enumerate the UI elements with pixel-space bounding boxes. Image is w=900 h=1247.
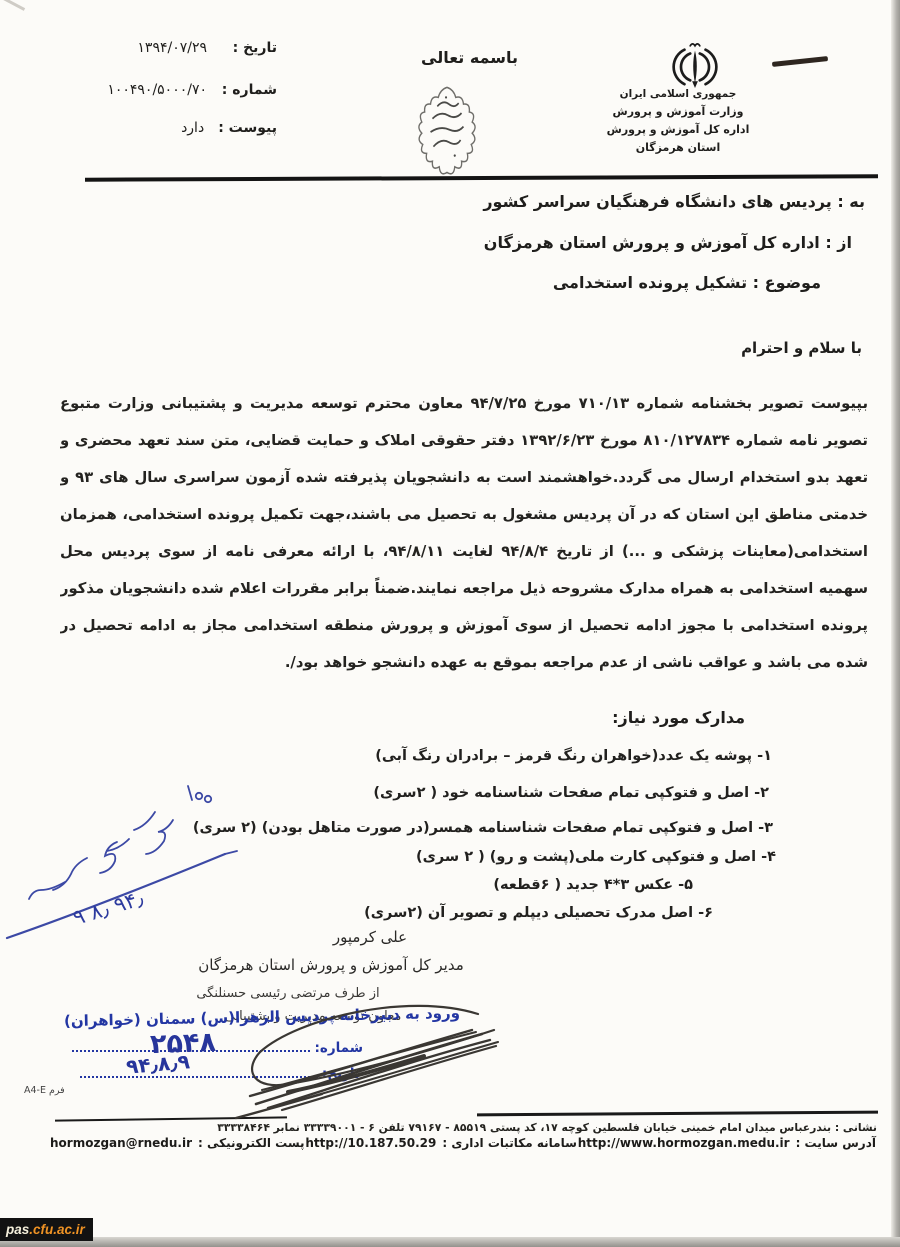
email-label: پست الکترونیکی : <box>198 1136 305 1150</box>
body-line-1: بپیوست تصویر بخشنامه شماره ۷۱۰/۱۳ مورخ ۹… <box>60 385 868 422</box>
header-rule <box>85 174 878 181</box>
date-value: ۱۳۹۴/۰۷/۲۹ <box>137 40 207 56</box>
automation-label: سامانه مکاتبات اداری : <box>442 1136 577 1150</box>
body-line-3: تعهد بدو استخدام ارسال می گردد.خواهشمند … <box>60 459 868 496</box>
body-line-7: پرونده استخدامی با مجوز ادامه تحصیل از س… <box>60 607 868 644</box>
signature-scribble-icon <box>228 992 528 1122</box>
document-item-4: ۴- اصل و فتوکپی کارت ملی(پشت و رو) ( ۲ س… <box>416 849 776 865</box>
footer-links-line: آدرس سایت : http://www.hormozgan.medu.ir… <box>50 1136 876 1150</box>
attachment-label: پیوست : <box>218 120 277 136</box>
body-line-2: تصویر نامه شماره ۸۱۰/۱۲۷۸۳۴ مورخ ۱۳۹۲/۶/… <box>60 422 868 459</box>
meta-row-number: شماره : ۱۰۰۴۹۰/۵۰۰۰/۷۰ <box>35 82 277 98</box>
org-line-department: اداره کل آموزش و پرورش استان هرمزگان <box>592 121 764 157</box>
attachment-value: دارد <box>181 120 204 136</box>
form-code: فرم A4-E <box>24 1085 65 1096</box>
footer-site-group: آدرس سایت : http://www.hormozgan.medu.ir <box>578 1136 876 1150</box>
scanned-letter-page: تاریخ : ۱۳۹۴/۰۷/۲۹ شماره : ۱۰۰۴۹۰/۵۰۰۰/۷… <box>0 0 900 1247</box>
number-label: شماره : <box>221 82 277 98</box>
pen-redaction-mark <box>772 56 828 67</box>
document-item-3: ۳- اصل و فتوکپی تمام صفحات شناسنامه همسر… <box>193 820 773 836</box>
document-item-1: ۱- پوشه یک عدد(خواهران رنگ قرمز – برادرا… <box>375 748 772 764</box>
site-url: http://www.hormozgan.medu.ir <box>578 1136 790 1150</box>
signer-name: علی کرمپور <box>333 928 407 946</box>
meta-row-date: تاریخ : ۱۳۹۴/۰۷/۲۹ <box>35 40 277 56</box>
org-line-country: جمهوری اسلامی ایران <box>592 85 764 103</box>
org-name-block: جمهوری اسلامی ایران وزارت آموزش و پرورش … <box>592 85 764 157</box>
body-line-5: استخدامی(معاینات پزشکی و ...) از تاریخ ۹… <box>60 533 868 570</box>
scan-corner-mark <box>1 0 25 11</box>
sender-line: از : اداره کل آموزش و پرورش استان هرمزگا… <box>484 233 852 252</box>
subject-line: موضوع : تشکیل پرونده استخدامی <box>553 273 821 292</box>
document-item-6: ۶- اصل مدرک تحصیلی دیپلم و تصویر آن (۲سر… <box>364 905 713 921</box>
scan-bottom-edge <box>0 1237 900 1247</box>
body-line-8: شده می باشد و عواقب ناشی از عدم مراجعه ب… <box>60 644 868 681</box>
iran-coat-of-arms-icon <box>672 40 718 90</box>
handwritten-note-icon <box>5 780 255 960</box>
footer-email-group: پست الکترونیکی : hormozgan@rnedu.ir <box>50 1136 305 1150</box>
footer-automation-group: سامانه مکاتبات اداری : http://10.187.50.… <box>305 1136 577 1150</box>
document-item-5: ۵- عکس ۳*۴ جدید ( ۶قطعه) <box>493 877 693 893</box>
date-label: تاریخ : <box>221 40 277 56</box>
year-slogan-seal-icon <box>416 84 478 178</box>
footer-address-line: نشانی : بندرعباس میدان امام خمینی خیابان… <box>217 1121 877 1134</box>
watermark-bar: pas.cfu.ac.ir <box>0 1218 93 1241</box>
footer-rule-right <box>477 1111 878 1117</box>
meta-row-attachment: پیوست : دارد <box>35 120 277 136</box>
watermark-part2: .cfu <box>29 1222 53 1237</box>
org-line-ministry: وزارت آموزش و پرورش <box>592 103 764 121</box>
body-paragraph: بپیوست تصویر بخشنامه شماره ۷۱۰/۱۳ مورخ ۹… <box>60 385 868 681</box>
automation-url: http://10.187.50.29 <box>305 1136 436 1150</box>
body-line-6: سهمیه استخدامی به همراه مدارک مشروحه ذیل… <box>60 570 868 607</box>
body-line-4: خدمتی مناطق این استان که در آن پردیس مشغ… <box>60 496 868 533</box>
site-label: آدرس سایت : <box>796 1136 876 1150</box>
bismillah: باسمه تعالی <box>392 48 547 67</box>
watermark-part1: pas <box>6 1222 29 1237</box>
email-value: hormozgan@rnedu.ir <box>50 1136 192 1150</box>
documents-heading: مدارک مورد نیاز: <box>612 708 745 727</box>
recipient-line: به : پردیس های دانشگاه فرهنگیان سراسر کش… <box>483 192 865 211</box>
document-item-2: ۲- اصل و فتوکپی تمام صفحات شناسنامه خود … <box>373 785 769 801</box>
scan-right-edge <box>891 0 900 1247</box>
watermark-part3: .ac.ir <box>53 1222 85 1237</box>
greeting: با سلام و احترام <box>741 339 862 357</box>
number-value: ۱۰۰۴۹۰/۵۰۰۰/۷۰ <box>107 82 207 98</box>
